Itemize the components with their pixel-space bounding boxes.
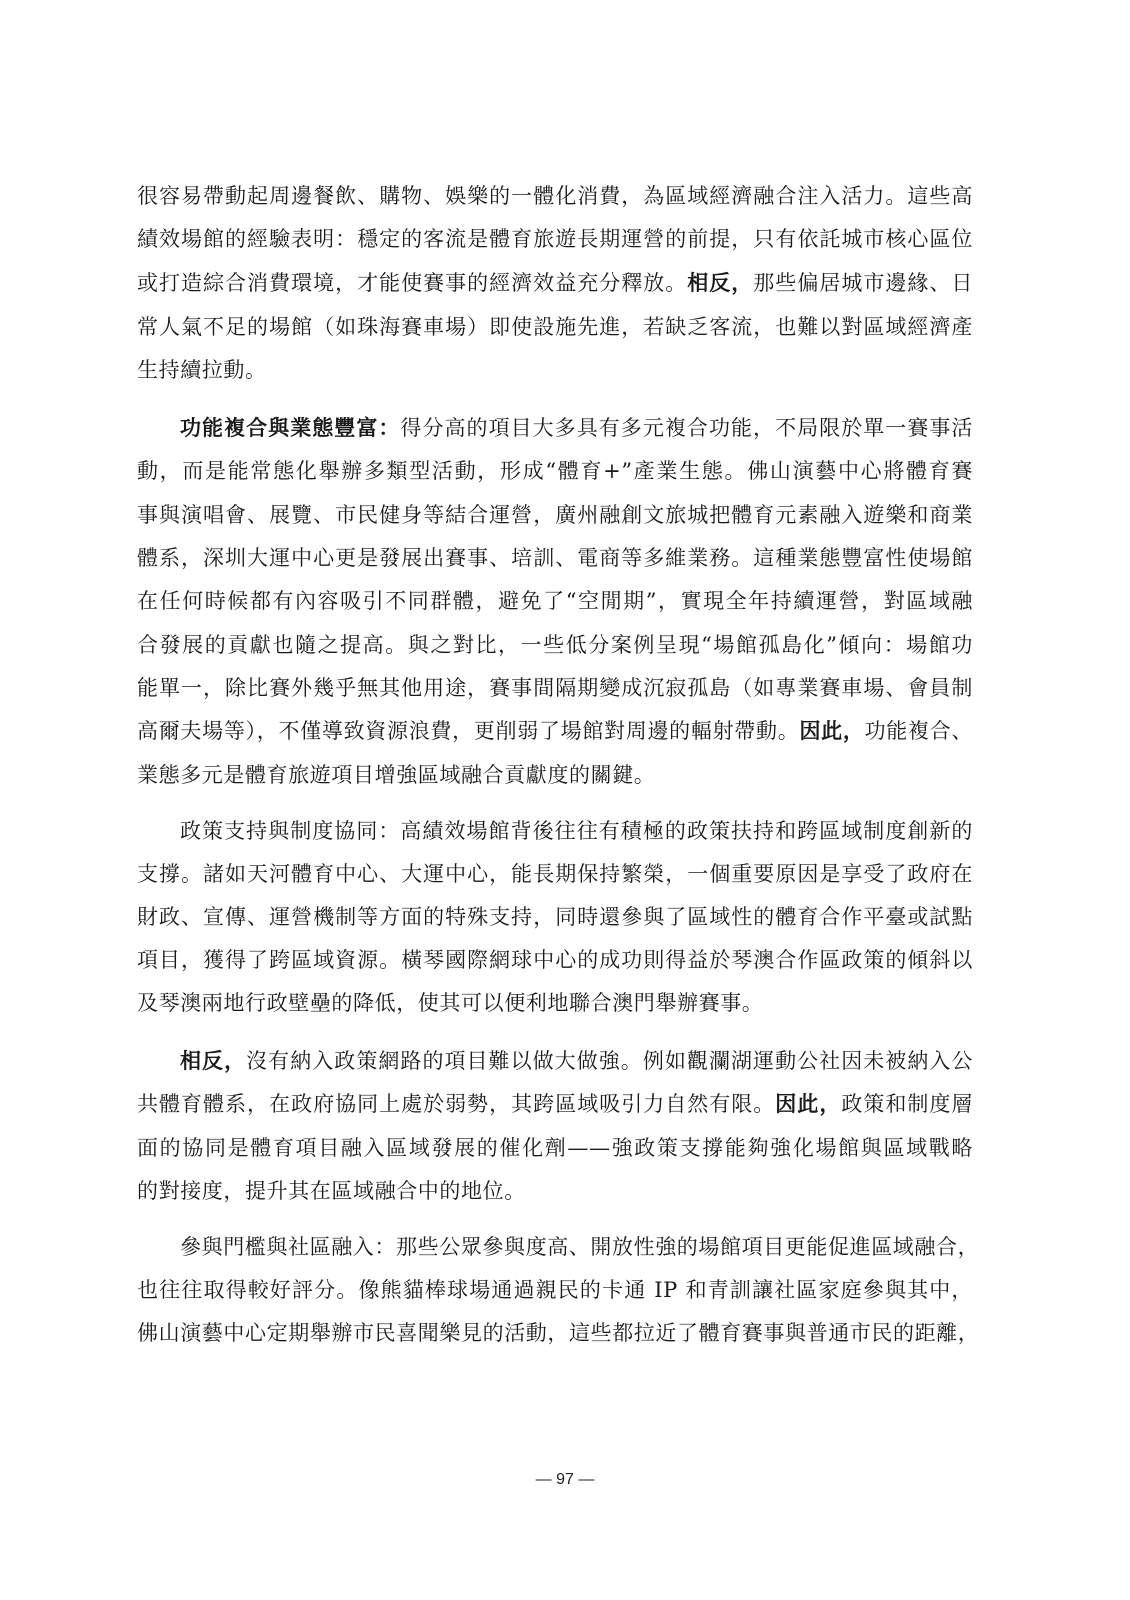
text-run: 那些偏居城市邊緣、日 bbox=[753, 271, 973, 295]
paragraph-1-line-1: 很容易帶動起周邊餐飲、購物、娛樂的一體化消費，為區域經濟融合注入活力。這些高 bbox=[137, 181, 973, 211]
paragraph-1-line-2: 績效場館的經驗表明：穩定的客流是體育旅遊長期運營的前提，只有依託城市核心區位 bbox=[137, 224, 973, 254]
text-run: 共體育體系，在政府協同上處於弱勢，其跨區域吸引力自然有限。 bbox=[137, 1092, 775, 1116]
bold-emphasis: 相反， bbox=[687, 270, 753, 295]
paragraph-3-line-3: 財政、宣傳、運營機制等方面的特殊支持，同時還參與了區域性的體育合作平臺或試點 bbox=[137, 902, 973, 932]
paragraph-2-line-2: 動，而是能常態化舉辦多類型活動，形成“體育+”產業生態。佛山演藝中心將體育賽 bbox=[137, 456, 973, 486]
paragraph-3-line-2: 支撐。諸如天河體育中心、大運中心，能長期保持繁榮，一個重要原因是享受了政府在 bbox=[137, 859, 973, 889]
paragraph-1-line-3: 或打造綜合消費環境，才能使賽事的經濟效益充分釋放。相反，那些偏居城市邊緣、日 bbox=[137, 268, 973, 298]
section-heading-inline: 功能複合與業態豐富： bbox=[180, 415, 400, 440]
text-run: 或打造綜合消費環境，才能使賽事的經濟效益充分釋放。 bbox=[137, 271, 687, 295]
paragraph-4-line-1: 相反，沒有納入政策網路的項目難以做大做強。例如觀瀾湖運動公社因未被納入公 bbox=[180, 1046, 973, 1076]
paragraph-2-line-3: 事與演唱會、展覽、市民健身等結合運營，廣州融創文旅城把體育元素融入遊樂和商業 bbox=[137, 500, 973, 530]
paragraph-2-line-9: 業態多元是體育旅遊項目增強區域融合貢獻度的關鍵。 bbox=[137, 760, 973, 790]
paragraph-2-line-8: 高爾夫場等），不僅導致資源浪費，更削弱了場館對周邊的輻射帶動。因此，功能複合、 bbox=[137, 716, 973, 746]
paragraph-5-line-2: 也往往取得較好評分。像熊貓棒球場通過親民的卡通 IP 和青訓讓社區家庭參與其中， bbox=[137, 1275, 973, 1305]
text-run: 政策和制度層 bbox=[841, 1092, 973, 1116]
paragraph-2-line-5: 在任何時候都有內容吸引不同群體，避免了“空閒期”，實現全年持續運營，對區域融 bbox=[137, 586, 973, 616]
paragraph-4-line-3: 面的協同是體育項目融入區域發展的催化劑——強政策支撐能夠強化場館與區域戰略 bbox=[137, 1133, 973, 1163]
paragraph-5-line-3: 佛山演藝中心定期舉辦市民喜聞樂見的活動，這些都拉近了體育賽事與普通市民的距離， bbox=[137, 1318, 973, 1348]
paragraph-4-line-4: 的對接度，提升其在區域融合中的地位。 bbox=[137, 1176, 973, 1206]
paragraph-3-line-5: 及琴澳兩地行政壁壘的降低，使其可以便利地聯合澳門舉辦賽事。 bbox=[137, 988, 973, 1018]
text-run: 沒有納入政策網路的項目難以做大做強。例如觀瀾湖運動公社因未被納入公 bbox=[246, 1049, 973, 1073]
page-number: — 97 — bbox=[0, 1471, 1130, 1489]
document-page: 很容易帶動起周邊餐飲、購物、娛樂的一體化消費，為區域經濟融合注入活力。這些高 績… bbox=[0, 0, 1130, 1600]
paragraph-2-line-1: 功能複合與業態豐富：得分高的項目大多具有多元複合功能，不局限於單一賽事活 bbox=[180, 413, 973, 443]
paragraph-5-line-1: 參與門檻與社區融入：那些公眾參與度高、開放性強的場館項目更能促進區域融合， bbox=[180, 1232, 973, 1262]
bold-emphasis: 因此， bbox=[799, 718, 864, 743]
paragraph-2-line-7: 能單一，除比賽外幾乎無其他用途，賽事間隔期變成沉寂孤島（如專業賽車場、會員制 bbox=[137, 673, 973, 703]
paragraph-1-line-5: 生持續拉動。 bbox=[137, 355, 973, 385]
bold-emphasis: 因此， bbox=[775, 1091, 841, 1116]
text-run: 功能複合、 bbox=[865, 719, 973, 743]
paragraph-4-line-2: 共體育體系，在政府協同上處於弱勢，其跨區域吸引力自然有限。因此，政策和制度層 bbox=[137, 1089, 973, 1119]
paragraph-1-line-4: 常人氣不足的場館（如珠海賽車場）即使設施先進，若缺乏客流，也難以對區域經濟產 bbox=[137, 312, 973, 342]
bold-emphasis: 相反， bbox=[180, 1048, 246, 1073]
text-run: 得分高的項目大多具有多元複合功能，不局限於單一賽事活 bbox=[400, 416, 973, 440]
paragraph-3-line-4: 項目，獲得了跨區域資源。橫琴國際網球中心的成功則得益於琴澳合作區政策的傾斜以 bbox=[137, 945, 973, 975]
paragraph-3-line-1: 政策支持與制度協同：高績效場館背後往往有積極的政策扶持和跨區域制度創新的 bbox=[180, 816, 973, 846]
text-run: 高爾夫場等），不僅導致資源浪費，更削弱了場館對周邊的輻射帶動。 bbox=[137, 719, 799, 743]
paragraph-2-line-4: 體系，深圳大運中心更是發展出賽事、培訓、電商等多維業務。這種業態豐富性使場館 bbox=[137, 543, 973, 573]
paragraph-2-line-6: 合發展的貢獻也隨之提高。與之對比，一些低分案例呈現“場館孤島化”傾向：場館功 bbox=[137, 630, 973, 660]
